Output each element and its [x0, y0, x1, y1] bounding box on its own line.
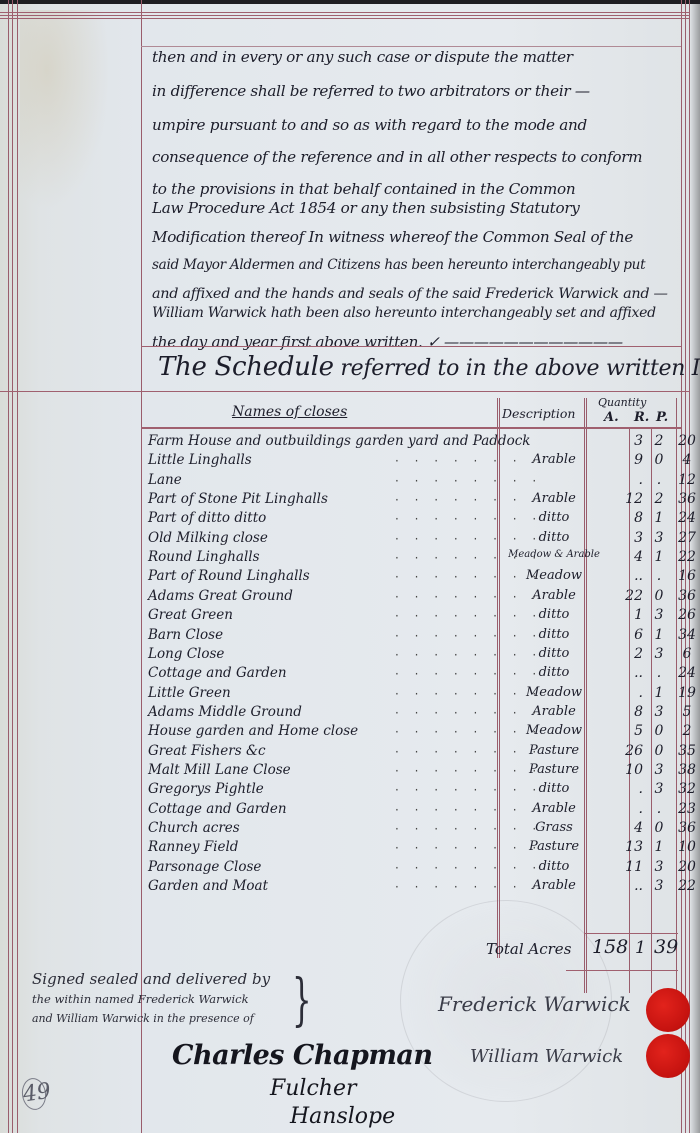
close-name: Farm House and outbuildings garden yard … — [148, 433, 530, 449]
leader-dots: · · · · · · · · — [395, 706, 542, 720]
margin-rule — [141, 0, 142, 1133]
total-rule — [584, 933, 678, 934]
quantity-rods: 2 — [647, 491, 671, 507]
close-name: Part of Stone Pit Linghalls — [148, 491, 328, 507]
margin-rule — [17, 0, 18, 1133]
quantity-acres: 4 — [603, 820, 643, 836]
quantity-perches: 36 — [673, 820, 700, 836]
folio-number: 49 — [20, 1076, 48, 1111]
quantity-acres: 9 — [603, 452, 643, 468]
body-text-line: said Mayor Aldermen and Citizens has bee… — [152, 257, 645, 273]
quantity-acres: 8 — [603, 510, 643, 526]
table-row: Gregorys Pightleditto.332· · · · · · · · — [145, 781, 690, 800]
margin-rule — [8, 0, 9, 1133]
schedule-title-main: The Schedule — [158, 352, 334, 382]
quantity-acres: 11 — [603, 859, 643, 875]
quantity-rods: 3 — [647, 878, 671, 894]
header-perches: P. — [656, 410, 668, 425]
close-name: Garden and Moat — [148, 878, 268, 894]
leader-dots: · · · · · · · · — [395, 629, 542, 643]
quantity-rods: 0 — [647, 820, 671, 836]
close-name: House garden and Home close — [148, 723, 358, 739]
table-row: Part of ditto dittoditto8124· · · · · · … — [145, 510, 690, 529]
quantity-acres: 3 — [603, 530, 643, 546]
attestation-line: and William Warwick in the presence of — [32, 1012, 254, 1025]
table-row: House garden and Home closeMeadow502· · … — [145, 723, 690, 742]
quantity-acres: . — [603, 801, 643, 817]
table-row: Barn Closeditto6134· · · · · · · · — [145, 627, 690, 646]
quantity-perches: 4 — [673, 452, 700, 468]
close-name: Church acres — [148, 820, 240, 836]
quantity-rods: 3 — [647, 646, 671, 662]
quantity-acres: 4 — [603, 549, 643, 565]
quantity-perches: 32 — [673, 781, 700, 797]
leader-dots: · · · · · · · · — [395, 609, 542, 623]
header-names-of-closes: Names of closes — [232, 404, 347, 420]
table-row: Lane..12· · · · · · · · — [145, 472, 690, 491]
schedule-title: The Schedule referred to in the above wr… — [158, 352, 700, 382]
body-text-line: consequence of the reference and in all … — [152, 148, 642, 166]
header-acres: A. — [604, 410, 619, 425]
leader-dots: · · · · · · · · — [395, 512, 542, 526]
body-text-line: Law Procedure Act 1854 or any then subsi… — [152, 199, 580, 217]
close-name: Barn Close — [148, 627, 223, 643]
quantity-rods: 1 — [647, 839, 671, 855]
header-description: Description — [502, 406, 575, 421]
leader-dots: · · · · · · · · — [395, 687, 542, 701]
leader-dots: · · · · · · · · — [395, 551, 542, 565]
attestation-line: the within named Frederick Warwick — [32, 992, 249, 1006]
quantity-rods: . — [647, 568, 671, 584]
close-name: Gregorys Pightle — [148, 781, 264, 797]
leader-dots: · · · · · · · · — [395, 474, 542, 488]
quantity-perches: 24 — [673, 510, 700, 526]
close-name: Cottage and Garden — [148, 665, 287, 681]
close-name: Malt Mill Lane Close — [148, 762, 291, 778]
quantity-rods: 1 — [647, 549, 671, 565]
close-name: Lane — [148, 472, 182, 488]
quantity-acres: 22 — [603, 588, 643, 604]
text-rule — [141, 346, 681, 347]
total-acres: 158 — [592, 936, 628, 958]
text-rule — [141, 46, 681, 47]
table-row: Part of Stone Pit LinghallsArable12236· … — [145, 491, 690, 510]
quantity-rods: 1 — [647, 510, 671, 526]
body-text-line: to the provisions in that behalf contain… — [152, 180, 575, 198]
top-rule — [0, 18, 690, 19]
leader-dots: · · · · · · · · — [395, 667, 542, 681]
close-name: Adams Great Ground — [148, 588, 293, 604]
quantity-acres: 3 — [603, 433, 643, 449]
close-name: Part of Round Linghalls — [148, 568, 310, 584]
quantity-rods: 0 — [647, 452, 671, 468]
schedule-rule — [0, 391, 690, 392]
table-row: Part of Round LinghallsMeadow...16· · · … — [145, 568, 690, 587]
quantity-rods: 2 — [647, 433, 671, 449]
leader-dots: · · · · · · · · — [395, 764, 542, 778]
quantity-acres: 2 — [603, 646, 643, 662]
quantity-acres: . — [603, 685, 643, 701]
quantity-acres: .. — [603, 665, 643, 681]
attestation-brace: } — [292, 968, 312, 1033]
table-row: Long Closeditto236· · · · · · · · — [145, 646, 690, 665]
quantity-rods: 0 — [647, 743, 671, 759]
quantity-rods: 3 — [647, 607, 671, 623]
table-row: Farm House and outbuildings garden yard … — [145, 433, 690, 452]
quantity-rods: 1 — [647, 685, 671, 701]
table-row: Garden and MoatArable..322· · · · · · · … — [145, 878, 690, 897]
leader-dots: · · · · · · · · — [395, 880, 542, 894]
close-name: Little Green — [148, 685, 231, 701]
quantity-perches: 36 — [673, 491, 700, 507]
schedule-title-rest: referred to in the above written Indentu… — [334, 356, 700, 381]
leader-dots: · · · · · · · · — [395, 861, 542, 875]
body-text-line: and affixed and the hands and seals of t… — [152, 286, 668, 302]
body-text-line: then and in every or any such case or di… — [152, 48, 573, 66]
quantity-rods: 3 — [647, 530, 671, 546]
close-name: Great Green — [148, 607, 233, 623]
quantity-rods: . — [647, 801, 671, 817]
quantity-rods: 0 — [647, 723, 671, 739]
quantity-perches: 12 — [673, 472, 700, 488]
table-row: Old Milking closeditto3327· · · · · · · … — [145, 530, 690, 549]
leader-dots: · · · · · · · · — [395, 822, 542, 836]
quantity-rods: 3 — [647, 704, 671, 720]
signature-frederick-warwick: Frederick Warwick — [438, 992, 631, 1016]
quantity-perches: 2 — [673, 723, 700, 739]
total-label: Total Acres — [486, 940, 571, 958]
margin-rule — [12, 0, 13, 1133]
close-name: Adams Middle Ground — [148, 704, 302, 720]
scan-edge — [0, 0, 700, 4]
quantity-perches: 20 — [673, 433, 700, 449]
leader-dots: · · · · · · · · — [395, 532, 542, 546]
quantity-acres: 1 — [603, 607, 643, 623]
body-text-line: Modification thereof In witness whereof … — [152, 228, 633, 246]
table-row: Parsonage Closeditto11320· · · · · · · · — [145, 859, 690, 878]
top-rule — [0, 15, 690, 16]
quantity-acres: 6 — [603, 627, 643, 643]
quantity-perches: 16 — [673, 568, 700, 584]
quantity-acres: . — [603, 781, 643, 797]
quantity-rods: . — [647, 472, 671, 488]
quantity-perches: 27 — [673, 530, 700, 546]
close-name: Ranney Field — [148, 839, 238, 855]
paper-stain — [20, 10, 110, 210]
close-name: Long Close — [148, 646, 224, 662]
body-text-line: umpire pursuant to and so as with regard… — [152, 116, 587, 134]
table-row: Malt Mill Lane ClosePasture10338· · · · … — [145, 762, 690, 781]
signature-witness-fulcher: Fulcher — [270, 1076, 357, 1101]
quantity-acres: . — [603, 472, 643, 488]
table-row: Cottage and Gardenditto...24· · · · · · … — [145, 665, 690, 684]
quantity-perches: 10 — [673, 839, 700, 855]
quantity-perches: 22 — [673, 878, 700, 894]
red-wax-seal — [646, 988, 690, 1032]
body-text-line: William Warwick hath been also hereunto … — [152, 305, 656, 321]
close-name: Part of ditto ditto — [148, 510, 266, 526]
signature-william-warwick: William Warwick — [470, 1046, 623, 1067]
close-name: Cottage and Garden — [148, 801, 287, 817]
quantity-rods: 3 — [647, 762, 671, 778]
table-row: Little LinghallsArable904· · · · · · · · — [145, 452, 690, 471]
red-wax-seal — [646, 1034, 690, 1078]
close-name: Old Milking close — [148, 530, 268, 546]
table-row: Round LinghallsMeadow & Arable4122· · · … — [145, 549, 690, 568]
quantity-perches: 24 — [673, 665, 700, 681]
quantity-perches: 19 — [673, 685, 700, 701]
leader-dots: · · · · · · · · — [395, 725, 542, 739]
total-perches: 39 — [654, 936, 678, 958]
leader-dots: · · · · · · · · — [395, 454, 542, 468]
document-page: then and in every or any such case or di… — [0, 0, 700, 1133]
table-row: Great Greenditto1326· · · · · · · · — [145, 607, 690, 626]
body-text-line: in difference shall be referred to two a… — [152, 82, 590, 100]
table-row: Cottage and GardenArable..23· · · · · · … — [145, 801, 690, 820]
quantity-perches: 22 — [673, 549, 700, 565]
table-row: Ranney FieldPasture13110· · · · · · · · — [145, 839, 690, 858]
quantity-perches: 5 — [673, 704, 700, 720]
close-name: Great Fishers &c — [148, 743, 266, 759]
quantity-perches: 23 — [673, 801, 700, 817]
quantity-acres: 8 — [603, 704, 643, 720]
close-name: Little Linghalls — [148, 452, 252, 468]
quantity-perches: 20 — [673, 859, 700, 875]
table-row: Adams Great GroundArable22036· · · · · ·… — [145, 588, 690, 607]
leader-dots: · · · · · · · · — [395, 841, 542, 855]
top-rule — [0, 12, 690, 13]
close-name: Round Linghalls — [148, 549, 260, 565]
quantity-acres: .. — [603, 568, 643, 584]
quantity-rods: 3 — [647, 781, 671, 797]
quantity-perches: 38 — [673, 762, 700, 778]
quantity-acres: 10 — [603, 762, 643, 778]
quantity-perches: 34 — [673, 627, 700, 643]
quantity-rods: . — [647, 665, 671, 681]
total-rods: 1 — [635, 938, 646, 958]
quantity-acres: 26 — [603, 743, 643, 759]
quantity-acres: 12 — [603, 491, 643, 507]
quantity-acres: 13 — [603, 839, 643, 855]
quantity-rods: 0 — [647, 588, 671, 604]
leader-dots: · · · · · · · · — [395, 648, 542, 662]
table-row: Great Fishers &cPasture26035· · · · · · … — [145, 743, 690, 762]
quantity-acres: 5 — [603, 723, 643, 739]
close-name: Parsonage Close — [148, 859, 261, 875]
table-row: Adams Middle GroundArable835· · · · · · … — [145, 704, 690, 723]
leader-dots: · · · · · · · · — [395, 745, 542, 759]
header-rods: R. — [634, 410, 649, 425]
table-row: Church acresGrass4036· · · · · · · · — [145, 820, 690, 839]
quantity-perches: 35 — [673, 743, 700, 759]
leader-dots: · · · · · · · · — [395, 570, 542, 584]
quantity-perches: 26 — [673, 607, 700, 623]
body-text-line: the day and year first above written. ✓ … — [152, 333, 623, 351]
header-underline — [141, 427, 681, 429]
header-quantity: Quantity — [598, 396, 646, 409]
leader-dots: · · · · · · · · — [395, 783, 542, 797]
leader-dots: · · · · · · · · — [395, 493, 542, 507]
signature-witness-charles-chapman: Charles Chapman — [172, 1040, 433, 1071]
quantity-rods: 1 — [647, 627, 671, 643]
total-underline — [566, 970, 678, 971]
table-row: Little GreenMeadow.119· · · · · · · · — [145, 685, 690, 704]
attestation-line: Signed sealed and delivered by — [32, 970, 270, 988]
quantity-acres: .. — [603, 878, 643, 894]
quantity-rods: 3 — [647, 859, 671, 875]
quantity-perches: 36 — [673, 588, 700, 604]
quantity-perches: 6 — [673, 646, 700, 662]
leader-dots: · · · · · · · · — [395, 803, 542, 817]
leader-dots: · · · · · · · · — [395, 590, 542, 604]
signature-witness-hanslope: Hanslope — [290, 1104, 395, 1129]
